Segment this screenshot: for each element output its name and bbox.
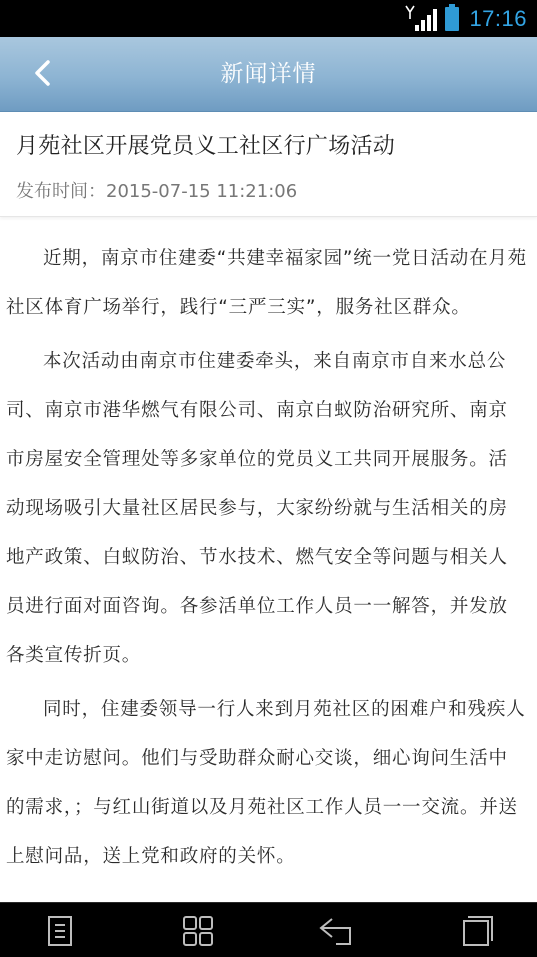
menu-icon	[47, 915, 73, 947]
article-paragraph: 同时，住建委领导一行人来到月苑社区的困难户和残疾人家中走访慰问。他们与受助群众耐…	[6, 685, 527, 881]
publish-time: 发布时间：2015-07-15 11:21:06	[16, 177, 297, 203]
page-title: 新闻详情	[0, 37, 537, 112]
article-paragraph: 本次活动由南京市住建委牵头，来自南京市自来水总公司、南京市港华燃气有限公司、南京…	[6, 337, 527, 680]
recent-apps-icon	[462, 915, 494, 947]
app-header: 新闻详情	[0, 37, 537, 112]
back-arrow-icon	[318, 915, 354, 947]
system-nav-bar	[0, 902, 537, 957]
article-body[interactable]: 近期，南京市住建委“共建幸福家园”统一党日活动在月苑社区体育广场举行，践行“三严…	[0, 226, 537, 902]
article-headline: 月苑社区开展党员义工社区行广场活动	[16, 129, 395, 160]
article-header: 月苑社区开展党员义工社区行广场活动 发布时间：2015-07-15 11:21:…	[0, 113, 537, 217]
apps-button[interactable]	[178, 913, 218, 949]
status-bar: 17:16	[0, 0, 537, 37]
battery-icon	[445, 7, 459, 31]
article-paragraph: 近期，南京市住建委“共建幸福家园”统一党日活动在月苑社区体育广场举行，践行“三严…	[6, 234, 527, 332]
menu-button[interactable]	[40, 913, 80, 949]
signal-icon	[411, 7, 437, 31]
recents-button[interactable]	[458, 913, 498, 949]
system-back-button[interactable]	[316, 913, 356, 949]
clock: 17:16	[469, 6, 527, 32]
apps-grid-icon	[182, 915, 214, 947]
